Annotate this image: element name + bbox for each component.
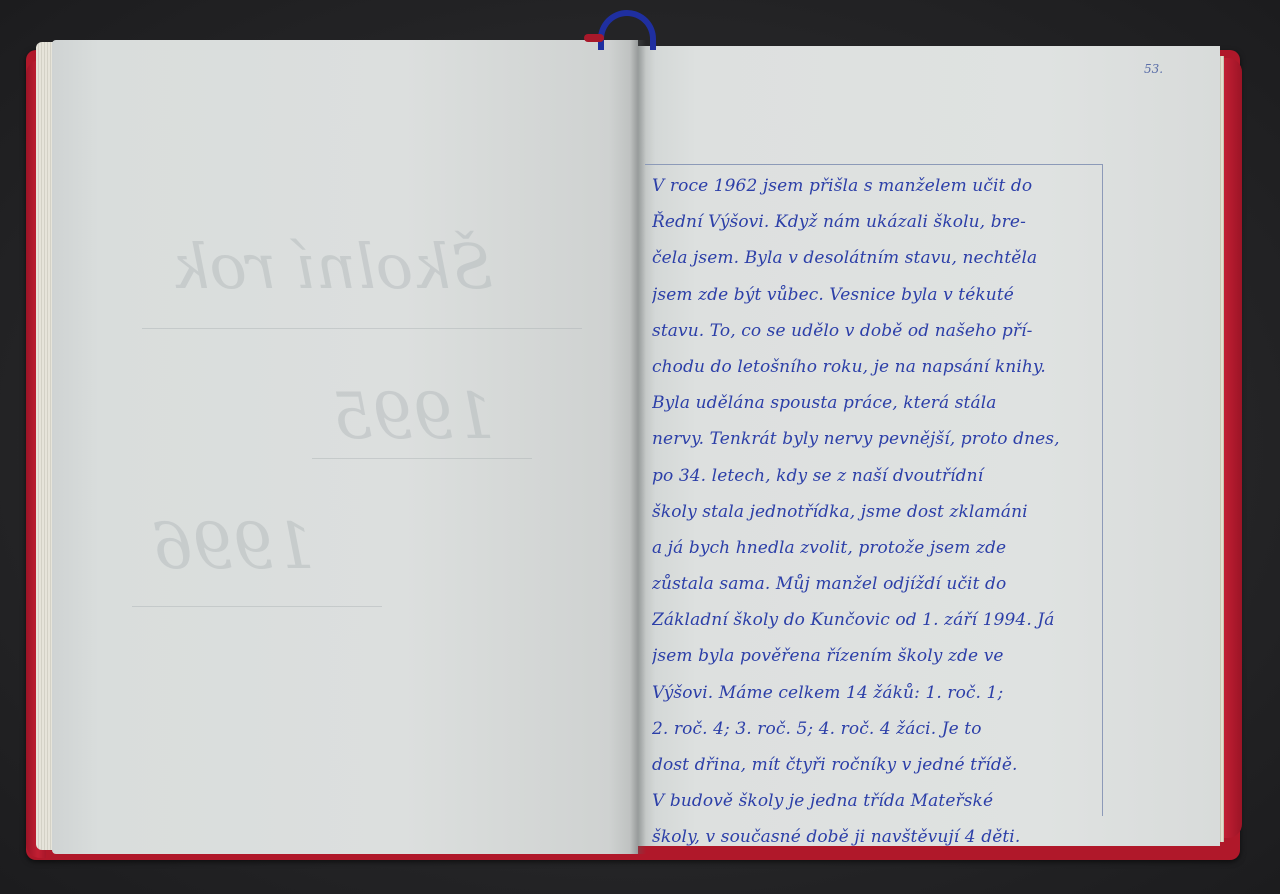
text-frame-top-rule [645,164,1103,165]
text-line: 2. roč. 4; 3. roč. 5; 4. roč. 4 žáci. Je… [652,711,1102,747]
text-line: V budově školy je jedna třída Mateřské [652,783,1102,819]
text-line: chodu do letošního roku, je na napsání k… [652,349,1102,385]
text-line: po 34. letech, kdy se z naší dvoutřídní [652,458,1102,494]
text-line: Základní školy do Kunčovic od 1. září 19… [652,602,1102,638]
text-line: Výšovi. Máme celkem 14 žáků: 1. roč. 1; [652,675,1102,711]
show-through-year-1: 1995 [332,380,495,454]
text-frame-right-rule [1102,164,1103,816]
show-through-rule [142,328,582,329]
left-page: Školní rok 1995 1996 [52,40,638,854]
book-gutter [630,40,646,854]
headband [584,34,604,42]
show-through-rule-2 [312,458,532,459]
text-line: školy, v současné době ji navštěvují 4 d… [652,819,1102,855]
text-line: a já bych hnedla zvolit, protože jsem zd… [652,530,1102,566]
text-line: jsem zde být vůbec. Vesnice byla v tékut… [652,277,1102,313]
text-line: Byla udělána spousta práce, která stála [652,385,1102,421]
book-scene: Školní rok 1995 1996 53. V roce 1962 jse… [0,0,1280,894]
text-line: dost dřina, mít čtyři ročníky v jedné tř… [652,747,1102,783]
text-line: zůstala sama. Můj manžel odjíždí učit do [652,566,1102,602]
text-line: školy stala jednotřídka, jsme dost zklam… [652,494,1102,530]
text-line: čela jsem. Byla v desolátním stavu, nech… [652,240,1102,276]
page-number: 53. [1144,62,1163,76]
handwritten-text: V roce 1962 jsem přišla s manželem učit … [652,168,1102,856]
text-line: stavu. To, co se udělo v době od našeho … [652,313,1102,349]
text-line: jsem byla pověřena řízením školy zde ve [652,638,1102,674]
text-line: nervy. Tenkrát byly nervy pevnější, prot… [652,421,1102,457]
text-line: Řední Výšovi. Když nám ukázali školu, br… [652,204,1102,240]
text-line: V roce 1962 jsem přišla s manželem učit … [652,168,1102,204]
bookmark-ribbon[interactable] [598,10,656,50]
show-through-rule-3 [132,606,382,607]
show-through-title: Školní rok [172,230,493,303]
show-through-year-2: 1996 [152,510,315,584]
